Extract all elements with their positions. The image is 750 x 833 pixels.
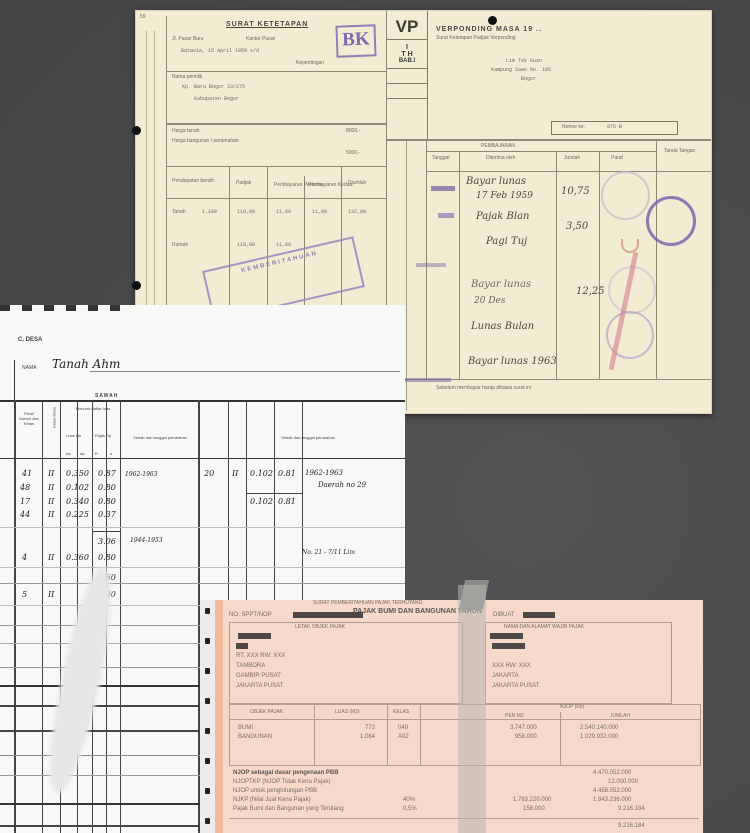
round-stamp — [601, 171, 650, 220]
vp-line: T H — [387, 51, 427, 58]
row-line — [0, 730, 200, 732]
col-line — [599, 151, 600, 379]
register-box: Nomor ke. 875 B — [551, 121, 678, 135]
handwritten-entry: Pagi Tuj — [486, 236, 527, 247]
recipient-city: Bogor — [521, 77, 536, 83]
ledger-cell: II — [48, 483, 54, 492]
summary-mid: 158.000 — [523, 806, 545, 812]
ledger-cell: 41 — [22, 469, 32, 478]
table-cell: Tanah — [172, 210, 186, 216]
redacted-field: XXXX XXXXX — [238, 633, 271, 639]
table-cell: BUMI — [238, 725, 253, 731]
handwritten-amount: 3,50 — [566, 221, 588, 232]
punch-hole — [488, 16, 497, 25]
col-header: Persil Nomor dan Kelas — [18, 411, 40, 426]
punch-hole — [132, 126, 141, 135]
ink-mark — [416, 263, 446, 267]
subtotal-line — [246, 493, 302, 494]
ledger-cell: Daerah no 29 — [318, 481, 366, 489]
ledger-cell: 1944-1953 — [130, 537, 163, 544]
assessment-value: 8000,- — [346, 129, 360, 135]
section-label: C. DESA — [18, 337, 42, 343]
row-line — [0, 567, 405, 568]
torn-edge — [0, 305, 130, 311]
redacted-field: XXXX XXXXX — [490, 633, 523, 639]
table-header: Pembayaran Kedua — [308, 183, 352, 189]
footer-note: Sebelum membayar harap dibawa surat ini — [436, 386, 531, 392]
divider — [426, 151, 656, 152]
owner-name-handwritten: Tanah Ahm — [52, 357, 120, 371]
table-header: Padjak — [236, 181, 251, 187]
address-line: GAMBIR PUSAT — [236, 673, 281, 679]
form-subtitle: SURAT PEMBERITAHUAN PAJAK TERHUTANG — [313, 600, 422, 606]
round-stamp — [646, 196, 696, 246]
table-cell: 110,00 — [237, 210, 255, 216]
summary-pct: 0,5% — [403, 806, 417, 812]
summary-value: 1.843.236.000 — [593, 797, 631, 803]
divider — [386, 139, 711, 141]
ledger-cell: 0.102 — [250, 469, 273, 478]
table-cell: 1.100 — [202, 210, 217, 216]
frame-line — [14, 360, 15, 400]
table-header: KELAS — [393, 709, 409, 715]
address-line: Kantor Pusat — [246, 37, 275, 43]
summary-label: NJOP sebagai dasar pengenaan PBB — [233, 770, 339, 776]
ink-mark — [431, 186, 455, 191]
owner-region: Kabupaten Bogor — [194, 97, 239, 103]
subtotal-line — [92, 531, 120, 532]
recipient-name: Lim Tek Guan — [506, 59, 542, 65]
ledger-cell: 0.80 — [98, 483, 116, 492]
summary-value: 12.000.000 — [608, 779, 638, 785]
ledger-cell: 0.80 — [98, 497, 116, 506]
register-value: 875 B — [607, 125, 622, 131]
table-cell: 772 — [365, 725, 375, 731]
summary-value: 9.216.184 — [618, 806, 645, 812]
recipient-address: Kampung Sawo No. 105 — [491, 68, 551, 74]
ledger-cell: 48 — [20, 483, 30, 492]
ledger-cell: II — [232, 469, 238, 478]
address-line: Jl. Pasar Baru — [172, 37, 203, 43]
ledger-cell: 0.350 — [66, 469, 89, 478]
row-line — [0, 803, 200, 805]
summary-label: Pajak Bumi dan Bangunan yang Terutang — [233, 806, 344, 812]
underline — [90, 371, 400, 372]
summary-label: NJKP (Nilai Jual Kena Pajak) — [233, 797, 311, 803]
table-cell: 132,00 — [348, 210, 366, 216]
handwritten-entry: Bayar lunas — [471, 279, 531, 290]
table-cell: 3.747.000 — [510, 725, 537, 731]
col-line — [459, 151, 460, 379]
grand-total: 9.216.184 — [618, 823, 645, 829]
table-cell: A02 — [398, 734, 409, 740]
divider — [166, 71, 386, 72]
summary-value: 4.470.052.000 — [593, 770, 631, 776]
col-line — [426, 139, 427, 379]
ledger-cell: 17 — [20, 497, 30, 506]
ink-mark — [438, 213, 454, 218]
ledger-note: No. 21 - 7/11 Lim — [302, 549, 355, 556]
handwritten-amount: 10,75 — [561, 186, 590, 197]
row-line — [0, 685, 200, 687]
summary-label: NJOP untuk penghitungan PBB — [233, 788, 317, 794]
handwritten-entry: Lunas Bulan — [471, 321, 534, 332]
col-line — [120, 400, 121, 833]
row-line — [0, 755, 200, 756]
vp-line: BAB.I — [387, 58, 427, 64]
table-cell: BANGUNAN — [238, 734, 272, 740]
date-line: Batavia, 15 April 1959 s/d — [181, 49, 259, 55]
assessment-line: Harga bangunan / perumahan — [172, 139, 239, 145]
ledger-cell: 0.81 — [278, 469, 296, 478]
payment-section-header: PEMBAJARAN — [481, 144, 515, 150]
vp-label: VP — [387, 17, 427, 37]
ledger-cell: 0.37 — [98, 510, 116, 519]
nop-redacted: XX.XX.XXX.XXX.XXX.XXXX.X — [293, 612, 363, 618]
table-cell: 1.029.932.000 — [580, 734, 618, 740]
payment-col-header: Tanggal — [432, 156, 450, 162]
punch-hole — [132, 281, 141, 290]
date-label: DIBUAT — [493, 612, 515, 618]
assessment-line: Harga tanah — [172, 129, 200, 135]
address-line: JAKARTA — [492, 673, 518, 679]
tax-object-box: LETAK OBJEK PAJAK XXXX XXXXX XXX RT: XXX… — [229, 622, 463, 704]
page-marker: 59 — [140, 15, 146, 21]
ledger-cell: II — [48, 510, 54, 519]
ledger-cell: 0.340 — [66, 497, 89, 506]
doc1-title: SURAT KETETAPAN — [226, 21, 308, 28]
summary-value: 4.458.052.000 — [593, 788, 631, 794]
row-line — [0, 825, 200, 827]
ledger-cell: 44 — [20, 510, 30, 519]
summary-pct: 40% — [403, 797, 415, 803]
header-bottom-line — [426, 171, 711, 172]
table-cell: 049 — [398, 725, 408, 731]
ledger-cell: 0.102 — [250, 497, 273, 506]
handwritten-entry: 20 Des — [474, 296, 505, 306]
box-header: NAMA DAN ALAMAT WAJIB PAJAK — [504, 624, 584, 630]
table-header: OBJEK PAJAK — [250, 709, 283, 715]
sub-header: da — [80, 451, 84, 456]
purpose-line: Kepentingan — [296, 61, 324, 67]
address-line: JAKARTA PUSAT — [236, 683, 283, 689]
divider — [166, 123, 386, 125]
col-header: Kelas Desa — [52, 407, 57, 427]
ledger-cell: II — [48, 590, 54, 599]
summary-mid: 1.783.220.000 — [513, 797, 551, 803]
taxpayer-box: NAMA DAN ALAMAT WAJIB PAJAK XXXX XXXXX X… — [485, 622, 672, 704]
payment-col-header: Paraf — [611, 156, 623, 162]
col-header: Sebab dan tanggal perubahan — [258, 435, 358, 440]
ledger-cell: II — [48, 497, 54, 506]
col-header: Pajak Rp — [95, 433, 111, 438]
table-header: PER M2 — [505, 713, 524, 719]
date-redacted: XX-XX-XXXX — [523, 612, 555, 618]
ledger-cell: II — [48, 553, 54, 562]
redacted-field: XXX — [236, 643, 248, 649]
table-header: LUAS (M2) — [335, 709, 360, 715]
ledger-cell: 0.87 — [98, 469, 116, 478]
col-header: Sebab dan tanggal perubahan — [128, 435, 192, 440]
sub-header: s — [110, 451, 112, 456]
handwritten-amount: 12,25 — [576, 286, 605, 297]
sub-header: ha — [66, 451, 70, 456]
ledger-cell: 4 — [22, 553, 27, 562]
address-line: TAMBORA — [236, 663, 265, 669]
ledger-cell: 0.81 — [278, 497, 296, 506]
owner-address: Kp. Baru Bogor 33/275 — [182, 85, 245, 91]
divider — [166, 166, 386, 167]
register-label: Nomor ke. — [562, 125, 585, 131]
handwritten-entry: Bayar lunas 1963 — [468, 356, 557, 367]
verponding-subheader: Surat Ketetapan Padjak Verponding — [436, 36, 516, 42]
ledger-cell: 0.225 — [66, 510, 89, 519]
table-header: Djumlah — [348, 181, 366, 187]
perforated-strip — [200, 600, 216, 833]
table-cell: Rumah — [172, 243, 188, 249]
sppt-label: NO. SPPT/NOP — [229, 612, 272, 618]
row-line — [0, 705, 200, 707]
column-group-label: SAWAH — [95, 393, 118, 399]
name-label: NAMA — [22, 365, 36, 371]
table-header: JUMLAH — [610, 713, 630, 719]
ledger-cell: II — [48, 469, 54, 478]
col-line — [556, 151, 557, 379]
table-header: Pendapatan bersih — [172, 179, 214, 185]
table-cell: 2.540.140.000 — [580, 725, 618, 731]
sub-header: R — [95, 451, 98, 456]
assessment-value: 5000,- — [346, 151, 360, 157]
table-cell: 1.064 — [360, 734, 375, 740]
col-line — [656, 139, 657, 379]
box-header: LETAK OBJEK PAJAK — [295, 624, 345, 630]
owner-label: Nama pemilik — [172, 75, 202, 81]
col-line — [14, 400, 16, 833]
ledger-cell: 1962-1963 — [305, 469, 343, 477]
bk-stamp: BK — [335, 24, 376, 57]
handwritten-entry: Pajak Blan — [476, 211, 530, 222]
table-cell: 11,00 — [276, 210, 291, 216]
ledger-cell: 1962-1963 — [125, 471, 158, 478]
tape-strip — [458, 585, 486, 833]
table-cell: 110,00 — [237, 243, 255, 249]
ledger-cell: 3.06 — [98, 537, 116, 546]
handwritten-entry: 17 Feb 1959 — [476, 191, 533, 201]
address-line: JAKARTA PUSAT — [492, 683, 539, 689]
table-header-line — [166, 198, 386, 199]
col-header: Luas Ha — [66, 433, 81, 438]
rt-rw-line: RT: XXX RW: XXX — [236, 653, 285, 659]
table-cell: 11,00 — [312, 210, 327, 216]
ledger-cell: 0.360 — [66, 553, 89, 562]
handwritten-entry: Bayar lunas — [466, 176, 526, 187]
payment-col-header: Tanda Tangan — [664, 149, 695, 155]
col-line — [42, 400, 43, 833]
ledger-cell: 5 — [22, 590, 27, 599]
payment-col-header: Jumlah — [564, 156, 580, 162]
vertical-line — [406, 141, 407, 411]
row-line — [0, 775, 200, 776]
rt-rw-line: XXX RW: XXX — [492, 663, 531, 669]
table-cell: 11,00 — [276, 243, 291, 249]
table-cell: 958.000 — [515, 734, 537, 740]
ledger-cell: 0.102 — [66, 483, 89, 492]
red-ink-mark — [621, 239, 639, 253]
payment-col-header: Diterima oleh — [486, 156, 515, 162]
col-header: Menurut daftar luas — [66, 406, 120, 411]
table-header: NJOP (Rp) — [560, 704, 584, 710]
redacted-field: XXXX XXXXX — [492, 643, 525, 649]
ledger-cell: 0.80 — [98, 553, 116, 562]
verponding-header: VERPONDING MASA 19 .. — [436, 26, 542, 33]
vp-box: VP I T H BAB.I — [386, 11, 428, 141]
row-line — [0, 583, 405, 584]
summary-label: NJOPTKP (NJOP Tidak Kena Pajak) — [233, 779, 330, 785]
vp-line: I — [387, 44, 427, 51]
row-line — [0, 527, 405, 528]
stamp-text: KEMBERITAHUAN — [209, 243, 350, 281]
ledger-cell: 20 — [204, 469, 214, 478]
